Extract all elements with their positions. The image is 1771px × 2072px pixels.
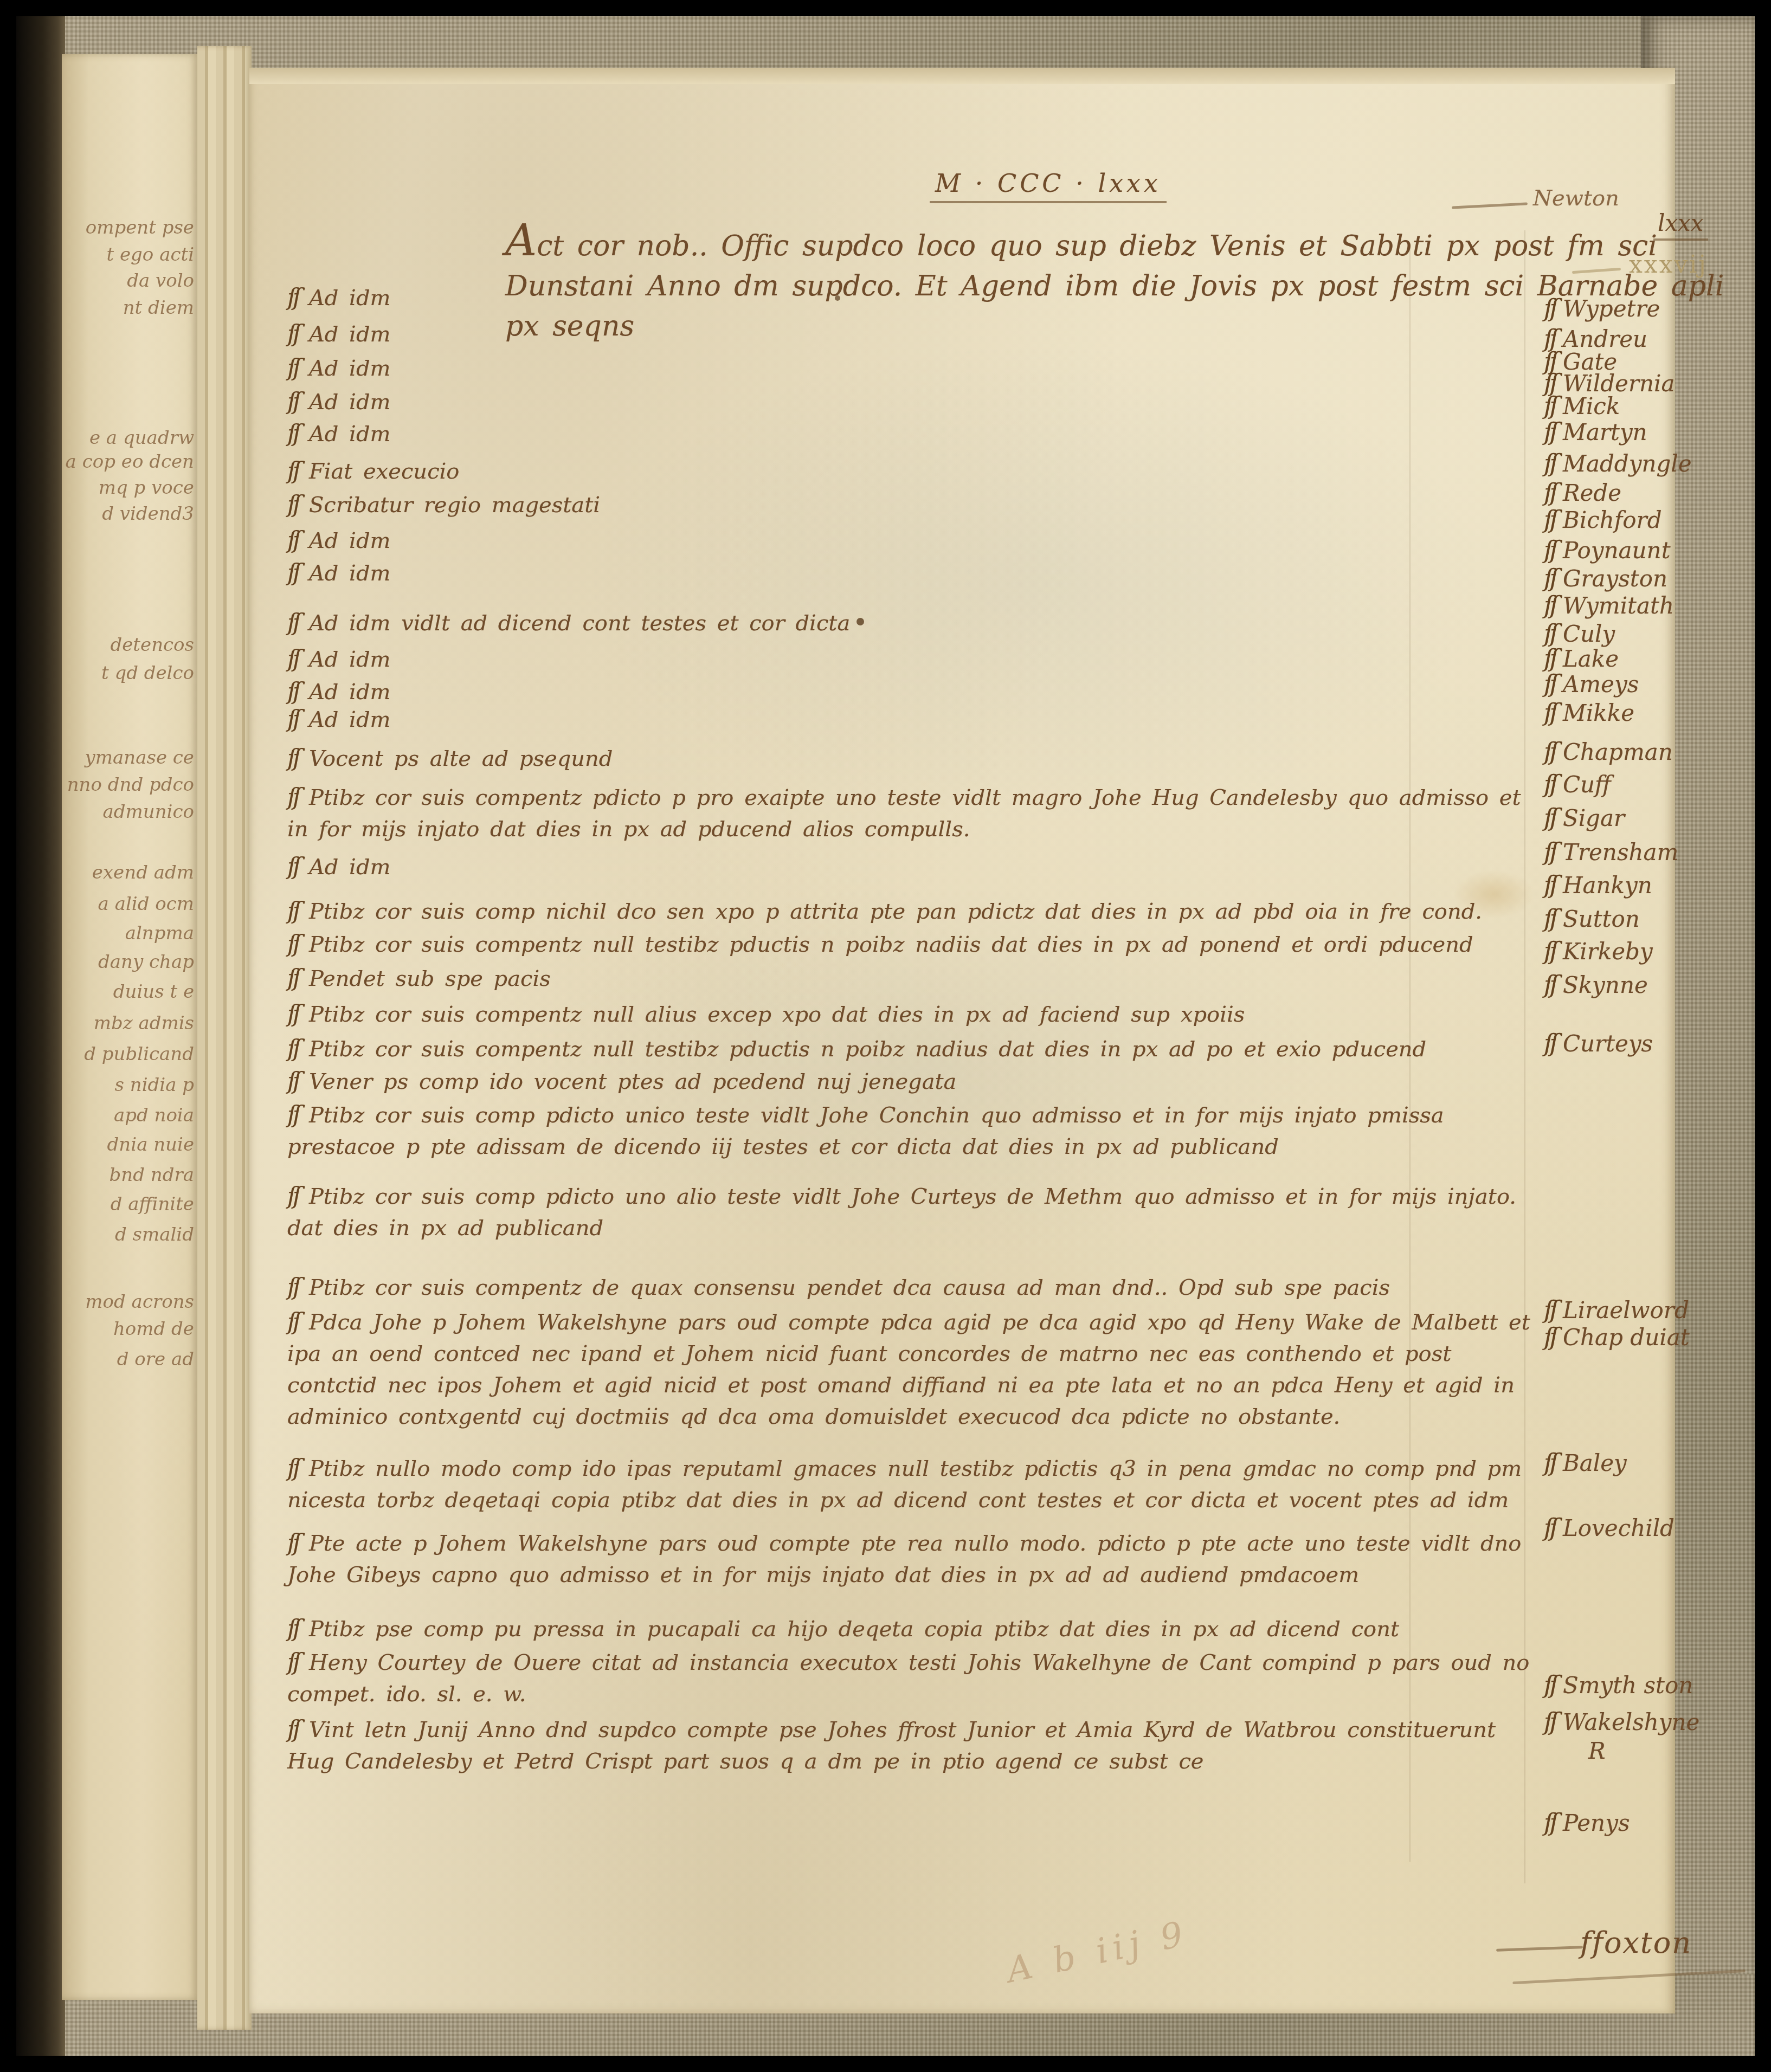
paraph-mark [1544,770,1563,798]
left-page-fragment: detencos [110,634,194,656]
left-page-fragment: dany chap [98,951,194,973]
margin-name: Smyth ston [1544,1670,1693,1699]
margin-name: Liraelword [1544,1295,1689,1324]
paraph-mark [1544,737,1563,766]
margin-name: Curteys [1544,1029,1653,1057]
paraph-mark [1544,294,1563,322]
paraph-mark [1544,698,1563,727]
margin-name: Sigar [1544,803,1625,832]
left-page-fragment: duius t e [113,981,194,1003]
paraph-mark [1544,505,1563,534]
margin-name-text: Curteys [1563,1030,1653,1057]
paraph-mark [1544,478,1563,507]
registrar-signature: ffoxton [1580,1926,1692,1960]
margin-name-text: Mick [1563,393,1620,419]
margin-name-text: Bichford [1563,507,1662,533]
margin-name: Rede [1544,478,1621,507]
left-page-fragment: homd de [113,1318,194,1340]
margin-name: R [1588,1738,1606,1764]
margin-name: Skynne [1544,970,1648,999]
margin-name: Poynaunt [1544,535,1671,564]
margin-name: Baley [1544,1448,1627,1477]
margin-name: Wypetre [1544,294,1660,322]
margin-name-text: Skynne [1563,972,1648,998]
margin-name: Mick [1544,391,1620,420]
margin-name: Penys [1544,1808,1630,1837]
margin-name: Martyn [1544,417,1647,446]
left-page-fragment: mq p voce [99,477,194,499]
margin-names-layer: WypetreAndreuGateWilderniaMickMartynMadd… [249,68,1675,2013]
paraph-mark [1544,1295,1563,1324]
paraph-mark [1544,669,1563,698]
margin-name: Ameys [1544,669,1639,698]
margin-name: Bichford [1544,505,1662,534]
margin-name-text: Liraelword [1563,1297,1689,1324]
left-page-fragment: da volo [127,270,194,292]
left-page-fragment: ompent pse [86,217,194,238]
margin-name-text: Ameys [1563,671,1639,698]
margin-name: Chapman [1544,737,1673,766]
margin-name-text: Trensham [1563,839,1678,866]
paraph-mark [1544,1448,1563,1477]
paraph-mark [1544,644,1563,673]
binding-edge-left [16,16,65,2056]
left-page-fragment: nt diem [123,297,194,319]
margin-name: Grayston [1544,564,1667,592]
paraph-mark [1544,937,1563,965]
margin-name-text: Wakelshyne [1563,1709,1700,1735]
left-page-fragment: d vidend3 [102,503,194,525]
margin-name-text: Kirkeby [1563,938,1653,965]
manuscript-photograph: ompent pset ego actida volont dieme a qu… [0,0,1771,2072]
margin-name: Wakelshyne [1544,1707,1699,1736]
left-page-fragment: apd noia [114,1105,194,1126]
margin-name: Maddyngle [1544,449,1692,477]
paraph-mark [1544,417,1563,446]
margin-name-text: Smyth ston [1563,1672,1693,1699]
paraph-mark [1544,1322,1563,1351]
margin-name: Lake [1544,644,1619,673]
paraph-mark [1544,1029,1563,1057]
margin-name-text: Penys [1563,1810,1630,1836]
paraph-mark [1544,391,1563,420]
left-page-fragment: d affinite [111,1193,194,1215]
left-page-fragment: dnia nuie [107,1134,194,1156]
margin-name-text: Chap duiat [1563,1324,1690,1351]
margin-name-text: Cuff [1563,771,1611,798]
paraph-mark [1544,1707,1563,1736]
margin-name: Wymitath [1544,591,1674,619]
margin-name: Trensham [1544,837,1678,866]
margin-name-text: Maddyngle [1563,450,1692,477]
main-page: M · CCC · lxxx Newton lxxx xxxvij Act co… [249,68,1675,2013]
left-page-fragment: e a quadrw [89,427,194,449]
margin-name-text: Baley [1563,1450,1627,1476]
left-page-fragment: d ore ad [117,1348,194,1370]
margin-name-text: Sigar [1563,805,1625,831]
paraph-mark [1544,449,1563,477]
margin-name-text: Wymitath [1563,592,1674,619]
margin-name: Lovechild [1544,1513,1675,1542]
left-page-fragment: t qd delco [101,662,194,684]
facing-page-sliver: ompent pset ego actida volont dieme a qu… [62,54,197,2000]
paraph-mark [1544,535,1563,564]
left-page-fragment: a cop eo dcen [66,451,194,473]
paraph-mark [1544,970,1563,999]
margin-name-text: Culy [1563,621,1615,647]
left-page-fragment: mbz admis [94,1012,194,1034]
left-page-fragment: nno dnd pdco [67,774,194,796]
paraph-mark [1544,1808,1563,1837]
left-page-fragment: admunico [103,801,194,823]
margin-name-text: R [1588,1738,1606,1764]
margin-name: Hankyn [1544,870,1652,899]
margin-name-text: Lake [1563,646,1619,672]
margin-name: Cuff [1544,770,1611,798]
paraph-mark [1544,803,1563,832]
left-page-fragment: bnd ndra [110,1164,194,1186]
page-edge-stack [197,46,252,2030]
margin-name-text: Hankyn [1563,872,1652,899]
margin-name-text: Martyn [1563,419,1647,446]
paraph-mark [1544,1513,1563,1542]
photo-area: ompent pset ego actida volont dieme a qu… [16,16,1755,2056]
margin-name-text: Grayston [1563,565,1667,592]
left-page-fragment: mod acrons [85,1291,194,1313]
left-page-fragment: alnpma [125,922,194,944]
paraph-mark [1544,904,1563,933]
left-page-fragment: t ego acti [107,244,194,266]
left-page-fragment: s nidia p [114,1074,194,1096]
margin-name: Kirkeby [1544,937,1653,965]
margin-name: Chap duiat [1544,1322,1690,1351]
margin-name-text: Chapman [1563,739,1673,765]
paraph-mark [1544,1670,1563,1699]
left-page-fragment: d smalid [115,1224,194,1245]
margin-name-text: Poynaunt [1563,537,1671,564]
paraph-mark [1544,591,1563,619]
paraph-mark [1544,837,1563,866]
margin-name: Mikke [1544,698,1634,727]
paraph-mark [1544,870,1563,899]
left-page-fragment: d publicand [84,1043,194,1065]
left-page-fragment: exend adm [92,862,194,883]
margin-name-text: Mikke [1563,700,1634,726]
left-page-fragment: ymanase ce [85,747,194,769]
margin-name: Sutton [1544,904,1640,933]
left-page-fragment: a alid ocm [98,893,194,915]
paraph-mark [1544,564,1563,592]
margin-name-text: Wypetre [1563,295,1660,322]
margin-name-text: Lovechild [1563,1515,1675,1541]
margin-name-text: Rede [1563,480,1621,506]
margin-name-text: Sutton [1563,906,1640,932]
